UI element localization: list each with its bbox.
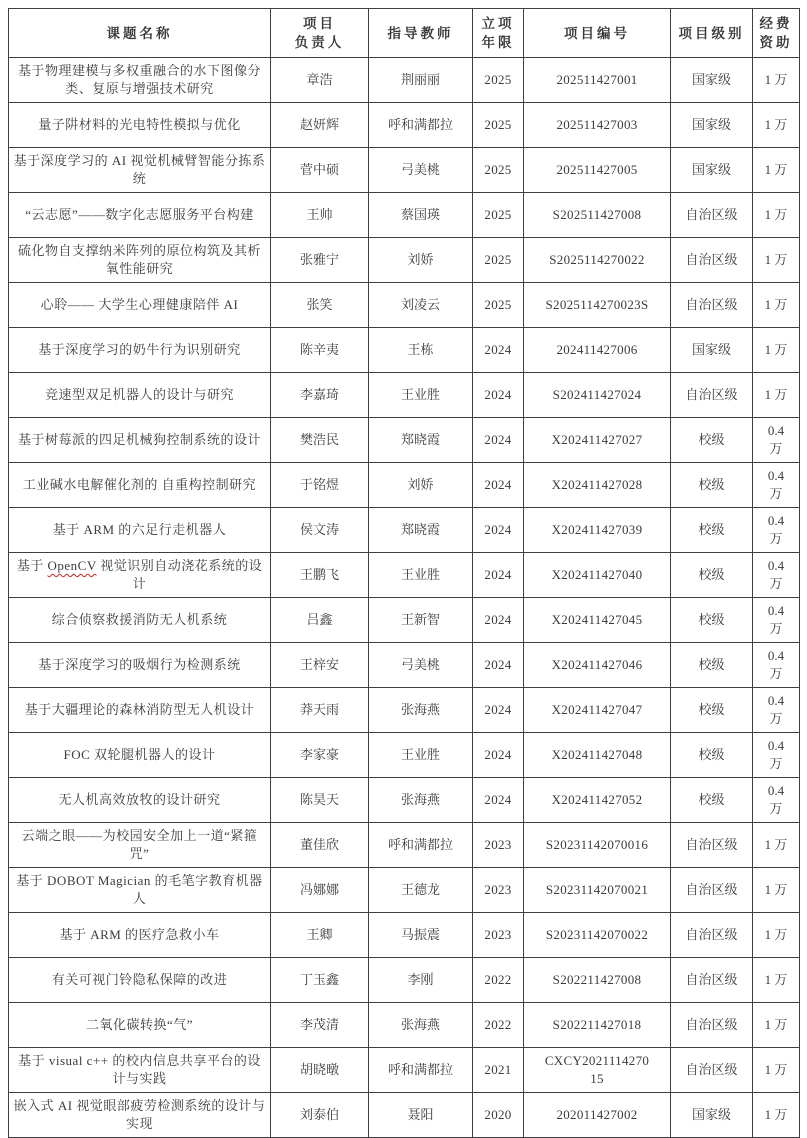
table-row: “云志愿”——数字化志愿服务平台构建王帅蔡国瑛2025S202511427008… xyxy=(9,193,800,238)
cell-project-level: 自治区级 xyxy=(671,193,753,238)
table-row: 基于 OpenCV 视觉识别自动浇花系统的设计王鹏飞王业胜2024X202411… xyxy=(9,553,800,598)
cell-project-leader: 李家豪 xyxy=(271,733,369,778)
cell-advisor: 呼和满都拉 xyxy=(369,823,473,868)
cell-advisor: 呼和满都拉 xyxy=(369,103,473,148)
cell-project-leader: 张雅宁 xyxy=(271,238,369,283)
column-header: 立项 年限 xyxy=(473,9,524,58)
cell-funding: 1 万 xyxy=(753,103,800,148)
cell-year: 2025 xyxy=(473,103,524,148)
cell-project-number: X202411427039 xyxy=(524,508,671,553)
table-header: 课题名称项目 负责人指导教师立项 年限项目编号项目级别经费 资助 xyxy=(9,9,800,58)
cell-project-leader: 樊浩民 xyxy=(271,418,369,463)
cell-advisor: 郑晓霞 xyxy=(369,418,473,463)
cell-project-title: “云志愿”——数字化志愿服务平台构建 xyxy=(9,193,271,238)
cell-project-level: 自治区级 xyxy=(671,1003,753,1048)
cell-project-level: 校级 xyxy=(671,643,753,688)
cell-advisor: 王栋 xyxy=(369,328,473,373)
cell-year: 2025 xyxy=(473,148,524,193)
cell-project-number: X202411427048 xyxy=(524,733,671,778)
cell-project-number: X202411427040 xyxy=(524,553,671,598)
cell-funding: 1 万 xyxy=(753,1093,800,1138)
cell-funding: 1 万 xyxy=(753,373,800,418)
table-row: 云端之眼——为校园安全加上一道“紧箍咒”董佳欣呼和满都拉2023S2023114… xyxy=(9,823,800,868)
cell-project-level: 国家级 xyxy=(671,58,753,103)
cell-project-level: 自治区级 xyxy=(671,283,753,328)
table-row: 基于树莓派的四足机械狗控制系统的设计樊浩民郑晓霞2024X20241142702… xyxy=(9,418,800,463)
cell-project-leader: 胡晓暾 xyxy=(271,1048,369,1093)
cell-advisor: 张海燕 xyxy=(369,688,473,733)
table-row: 基于深度学习的 AI 视觉机械臂智能分拣系统菅中硕弓美桃202520251142… xyxy=(9,148,800,193)
cell-year: 2024 xyxy=(473,598,524,643)
table-row: 工业碱水电解催化剂的 自重构控制研究于铭煜刘娇2024X202411427028… xyxy=(9,463,800,508)
cell-project-number: S202511427008 xyxy=(524,193,671,238)
cell-project-level: 校级 xyxy=(671,733,753,778)
cell-project-title: 基于 ARM 的六足行走机器人 xyxy=(9,508,271,553)
cell-project-level: 校级 xyxy=(671,553,753,598)
table-row: 基于深度学习的吸烟行为检测系统王梓安弓美桃2024X202411427046校级… xyxy=(9,643,800,688)
column-header: 项目级别 xyxy=(671,9,753,58)
cell-funding: 1 万 xyxy=(753,958,800,1003)
cell-project-level: 校级 xyxy=(671,463,753,508)
cell-project-level: 国家级 xyxy=(671,1093,753,1138)
cell-funding: 0.4 万 xyxy=(753,553,800,598)
cell-project-title: 基于深度学习的奶牛行为识别研究 xyxy=(9,328,271,373)
cell-project-leader: 丁玉鑫 xyxy=(271,958,369,1003)
cell-project-title: 竞速型双足机器人的设计与研究 xyxy=(9,373,271,418)
cell-project-number: S202211427018 xyxy=(524,1003,671,1048)
cell-year: 2024 xyxy=(473,643,524,688)
cell-advisor: 张海燕 xyxy=(369,1003,473,1048)
cell-project-leader: 董佳欣 xyxy=(271,823,369,868)
cell-project-number: 202511427003 xyxy=(524,103,671,148)
cell-advisor: 王业胜 xyxy=(369,373,473,418)
cell-funding: 1 万 xyxy=(753,328,800,373)
cell-project-number: X202411427027 xyxy=(524,418,671,463)
column-header: 项目编号 xyxy=(524,9,671,58)
cell-project-level: 自治区级 xyxy=(671,238,753,283)
table-row: 基于物理建模与多权重融合的水下图像分类、复原与增强技术研究章浩荆丽丽202520… xyxy=(9,58,800,103)
cell-advisor: 王新智 xyxy=(369,598,473,643)
cell-funding: 0.4 万 xyxy=(753,508,800,553)
cell-funding: 1 万 xyxy=(753,58,800,103)
cell-project-number: X202411427045 xyxy=(524,598,671,643)
cell-funding: 1 万 xyxy=(753,1003,800,1048)
table-row: 无人机高效放牧的设计研究陈昊天张海燕2024X202411427052校级0.4… xyxy=(9,778,800,823)
cell-project-leader: 菅中硕 xyxy=(271,148,369,193)
cell-project-level: 校级 xyxy=(671,418,753,463)
header-row: 课题名称项目 负责人指导教师立项 年限项目编号项目级别经费 资助 xyxy=(9,9,800,58)
column-header: 课题名称 xyxy=(9,9,271,58)
cell-year: 2022 xyxy=(473,1003,524,1048)
cell-project-level: 校级 xyxy=(671,508,753,553)
cell-funding: 1 万 xyxy=(753,283,800,328)
cell-project-leader: 侯文涛 xyxy=(271,508,369,553)
cell-project-leader: 赵妍辉 xyxy=(271,103,369,148)
cell-project-title: 嵌入式 AI 视觉眼部疲劳检测系统的设计与实现 xyxy=(9,1093,271,1138)
cell-project-leader: 李茂清 xyxy=(271,1003,369,1048)
cell-year: 2024 xyxy=(473,733,524,778)
cell-project-number: X202411427028 xyxy=(524,463,671,508)
column-header: 指导教师 xyxy=(369,9,473,58)
cell-project-title: 基于 DOBOT Magician 的毛笔字教育机器人 xyxy=(9,868,271,913)
cell-project-level: 校级 xyxy=(671,598,753,643)
cell-advisor: 马振震 xyxy=(369,913,473,958)
cell-funding: 0.4 万 xyxy=(753,463,800,508)
table-row: 综合侦察救援消防无人机系统吕鑫王新智2024X202411427045校级0.4… xyxy=(9,598,800,643)
cell-project-level: 自治区级 xyxy=(671,868,753,913)
cell-advisor: 郑晓霞 xyxy=(369,508,473,553)
table-body: 基于物理建模与多权重融合的水下图像分类、复原与增强技术研究章浩荆丽丽202520… xyxy=(9,58,800,1138)
cell-year: 2024 xyxy=(473,463,524,508)
table-row: 量子阱材料的光电特性模拟与优化赵妍辉呼和满都拉2025202511427003国… xyxy=(9,103,800,148)
cell-project-leader: 张笑 xyxy=(271,283,369,328)
table-row: 心聆—— 大学生心理健康陪伴 AI张笑刘凌云2025S2025114270023… xyxy=(9,283,800,328)
cell-project-number: X202411427046 xyxy=(524,643,671,688)
table-row: FOC 双轮腿机器人的设计李家豪王业胜2024X202411427048校级0.… xyxy=(9,733,800,778)
cell-project-number: 202011427002 xyxy=(524,1093,671,1138)
cell-year: 2025 xyxy=(473,283,524,328)
cell-project-number: 202511427005 xyxy=(524,148,671,193)
document-page: 课题名称项目 负责人指导教师立项 年限项目编号项目级别经费 资助 基于物理建模与… xyxy=(0,0,807,1056)
cell-year: 2025 xyxy=(473,58,524,103)
cell-project-number: S2025114270023S xyxy=(524,283,671,328)
table-row: 二氧化碳转换“气”李茂清张海燕2022S202211427018自治区级1 万 xyxy=(9,1003,800,1048)
cell-project-number: S20231142070016 xyxy=(524,823,671,868)
table-row: 嵌入式 AI 视觉眼部疲劳检测系统的设计与实现刘泰伯聂阳202020201142… xyxy=(9,1093,800,1138)
cell-project-level: 国家级 xyxy=(671,103,753,148)
cell-project-title: 基于 OpenCV 视觉识别自动浇花系统的设计 xyxy=(9,553,271,598)
cell-year: 2024 xyxy=(473,373,524,418)
table-row: 基于 ARM 的六足行走机器人侯文涛郑晓霞2024X202411427039校级… xyxy=(9,508,800,553)
cell-project-level: 自治区级 xyxy=(671,1048,753,1093)
cell-project-leader: 刘泰伯 xyxy=(271,1093,369,1138)
cell-advisor: 刘凌云 xyxy=(369,283,473,328)
cell-project-number: X202411427047 xyxy=(524,688,671,733)
cell-project-title: 二氧化碳转换“气” xyxy=(9,1003,271,1048)
cell-project-level: 校级 xyxy=(671,688,753,733)
cell-project-title: 硫化物自支撑纳米阵列的原位构筑及其析氧性能研究 xyxy=(9,238,271,283)
cell-project-number: 202511427001 xyxy=(524,58,671,103)
cell-project-leader: 冯娜娜 xyxy=(271,868,369,913)
cell-project-number: S202411427024 xyxy=(524,373,671,418)
table-row: 有关可视门铃隐私保障的改进丁玉鑫李刚2022S202211427008自治区级1… xyxy=(9,958,800,1003)
cell-project-title: 心聆—— 大学生心理健康陪伴 AI xyxy=(9,283,271,328)
table-row: 基于 visual c++ 的校内信息共享平台的设计与实践胡晓暾呼和满都拉202… xyxy=(9,1048,800,1093)
cell-project-number: S20231142070022 xyxy=(524,913,671,958)
cell-advisor: 弓美桃 xyxy=(369,643,473,688)
cell-project-title: 量子阱材料的光电特性模拟与优化 xyxy=(9,103,271,148)
cell-year: 2024 xyxy=(473,328,524,373)
cell-advisor: 刘娇 xyxy=(369,238,473,283)
cell-project-leader: 王帅 xyxy=(271,193,369,238)
cell-year: 2023 xyxy=(473,868,524,913)
column-header: 项目 负责人 xyxy=(271,9,369,58)
spellcheck-squiggle: OpenCV xyxy=(48,558,97,573)
cell-year: 2024 xyxy=(473,778,524,823)
cell-funding: 0.4 万 xyxy=(753,733,800,778)
cell-project-title: 基于树莓派的四足机械狗控制系统的设计 xyxy=(9,418,271,463)
cell-project-leader: 于铭煜 xyxy=(271,463,369,508)
cell-project-number: S202211427008 xyxy=(524,958,671,1003)
cell-project-number: S2025114270022 xyxy=(524,238,671,283)
cell-advisor: 荆丽丽 xyxy=(369,58,473,103)
cell-year: 2020 xyxy=(473,1093,524,1138)
cell-project-leader: 王鹏飞 xyxy=(271,553,369,598)
table-row: 基于 DOBOT Magician 的毛笔字教育机器人冯娜娜王德龙2023S20… xyxy=(9,868,800,913)
cell-year: 2024 xyxy=(473,418,524,463)
cell-project-title: 综合侦察救援消防无人机系统 xyxy=(9,598,271,643)
cell-funding: 1 万 xyxy=(753,148,800,193)
cell-project-title: 基于 visual c++ 的校内信息共享平台的设计与实践 xyxy=(9,1048,271,1093)
cell-year: 2022 xyxy=(473,958,524,1003)
cell-year: 2024 xyxy=(473,553,524,598)
cell-project-leader: 王卿 xyxy=(271,913,369,958)
cell-funding: 0.4 万 xyxy=(753,688,800,733)
table-row: 基于深度学习的奶牛行为识别研究陈辛夷王栋2024202411427006国家级1… xyxy=(9,328,800,373)
projects-table: 课题名称项目 负责人指导教师立项 年限项目编号项目级别经费 资助 基于物理建模与… xyxy=(8,8,800,1138)
cell-funding: 1 万 xyxy=(753,868,800,913)
cell-year: 2025 xyxy=(473,193,524,238)
cell-project-title: 工业碱水电解催化剂的 自重构控制研究 xyxy=(9,463,271,508)
cell-project-number: 202411427006 xyxy=(524,328,671,373)
cell-advisor: 弓美桃 xyxy=(369,148,473,193)
cell-project-leader: 莽天雨 xyxy=(271,688,369,733)
cell-project-title: 基于 ARM 的医疗急救小车 xyxy=(9,913,271,958)
cell-project-leader: 章浩 xyxy=(271,58,369,103)
cell-funding: 0.4 万 xyxy=(753,598,800,643)
cell-project-title: 基于深度学习的 AI 视觉机械臂智能分拣系统 xyxy=(9,148,271,193)
cell-project-number: X202411427052 xyxy=(524,778,671,823)
cell-funding: 1 万 xyxy=(753,913,800,958)
cell-project-level: 国家级 xyxy=(671,148,753,193)
cell-project-title: 基于物理建模与多权重融合的水下图像分类、复原与增强技术研究 xyxy=(9,58,271,103)
column-header: 经费 资助 xyxy=(753,9,800,58)
cell-project-leader: 王梓安 xyxy=(271,643,369,688)
cell-year: 2023 xyxy=(473,913,524,958)
cell-year: 2021 xyxy=(473,1048,524,1093)
cell-advisor: 王业胜 xyxy=(369,553,473,598)
table-row: 硫化物自支撑纳米阵列的原位构筑及其析氧性能研究张雅宁刘娇2025S2025114… xyxy=(9,238,800,283)
cell-advisor: 呼和满都拉 xyxy=(369,1048,473,1093)
cell-project-title: 有关可视门铃隐私保障的改进 xyxy=(9,958,271,1003)
table-row: 竞速型双足机器人的设计与研究李嘉琦王业胜2024S202411427024自治区… xyxy=(9,373,800,418)
cell-advisor: 聂阳 xyxy=(369,1093,473,1138)
cell-advisor: 蔡国瑛 xyxy=(369,193,473,238)
cell-funding: 1 万 xyxy=(753,1048,800,1093)
cell-project-level: 校级 xyxy=(671,778,753,823)
cell-year: 2025 xyxy=(473,238,524,283)
cell-funding: 1 万 xyxy=(753,193,800,238)
cell-funding: 1 万 xyxy=(753,823,800,868)
cell-advisor: 张海燕 xyxy=(369,778,473,823)
cell-funding: 1 万 xyxy=(753,238,800,283)
cell-funding: 0.4 万 xyxy=(753,418,800,463)
cell-project-level: 自治区级 xyxy=(671,913,753,958)
table-row: 基于 ARM 的医疗急救小车王卿马振震2023S20231142070022自治… xyxy=(9,913,800,958)
cell-funding: 0.4 万 xyxy=(753,643,800,688)
cell-year: 2024 xyxy=(473,508,524,553)
cell-project-level: 自治区级 xyxy=(671,958,753,1003)
cell-advisor: 王德龙 xyxy=(369,868,473,913)
cell-project-level: 国家级 xyxy=(671,328,753,373)
cell-advisor: 王业胜 xyxy=(369,733,473,778)
cell-advisor: 刘娇 xyxy=(369,463,473,508)
cell-year: 2024 xyxy=(473,688,524,733)
cell-funding: 0.4 万 xyxy=(753,778,800,823)
table-row: 基于大疆理论的森林消防型无人机设计莽天雨张海燕2024X202411427047… xyxy=(9,688,800,733)
cell-project-number: S20231142070021 xyxy=(524,868,671,913)
cell-project-title: 云端之眼——为校园安全加上一道“紧箍咒” xyxy=(9,823,271,868)
cell-project-leader: 李嘉琦 xyxy=(271,373,369,418)
cell-project-title: 无人机高效放牧的设计研究 xyxy=(9,778,271,823)
cell-project-title: 基于深度学习的吸烟行为检测系统 xyxy=(9,643,271,688)
cell-project-title: 基于大疆理论的森林消防型无人机设计 xyxy=(9,688,271,733)
cell-project-level: 自治区级 xyxy=(671,823,753,868)
cell-project-leader: 陈昊天 xyxy=(271,778,369,823)
cell-year: 2023 xyxy=(473,823,524,868)
cell-project-title: FOC 双轮腿机器人的设计 xyxy=(9,733,271,778)
cell-project-number: CXCY2021114270 15 xyxy=(524,1048,671,1093)
cell-project-level: 自治区级 xyxy=(671,373,753,418)
cell-project-leader: 陈辛夷 xyxy=(271,328,369,373)
cell-advisor: 李刚 xyxy=(369,958,473,1003)
cell-project-leader: 吕鑫 xyxy=(271,598,369,643)
